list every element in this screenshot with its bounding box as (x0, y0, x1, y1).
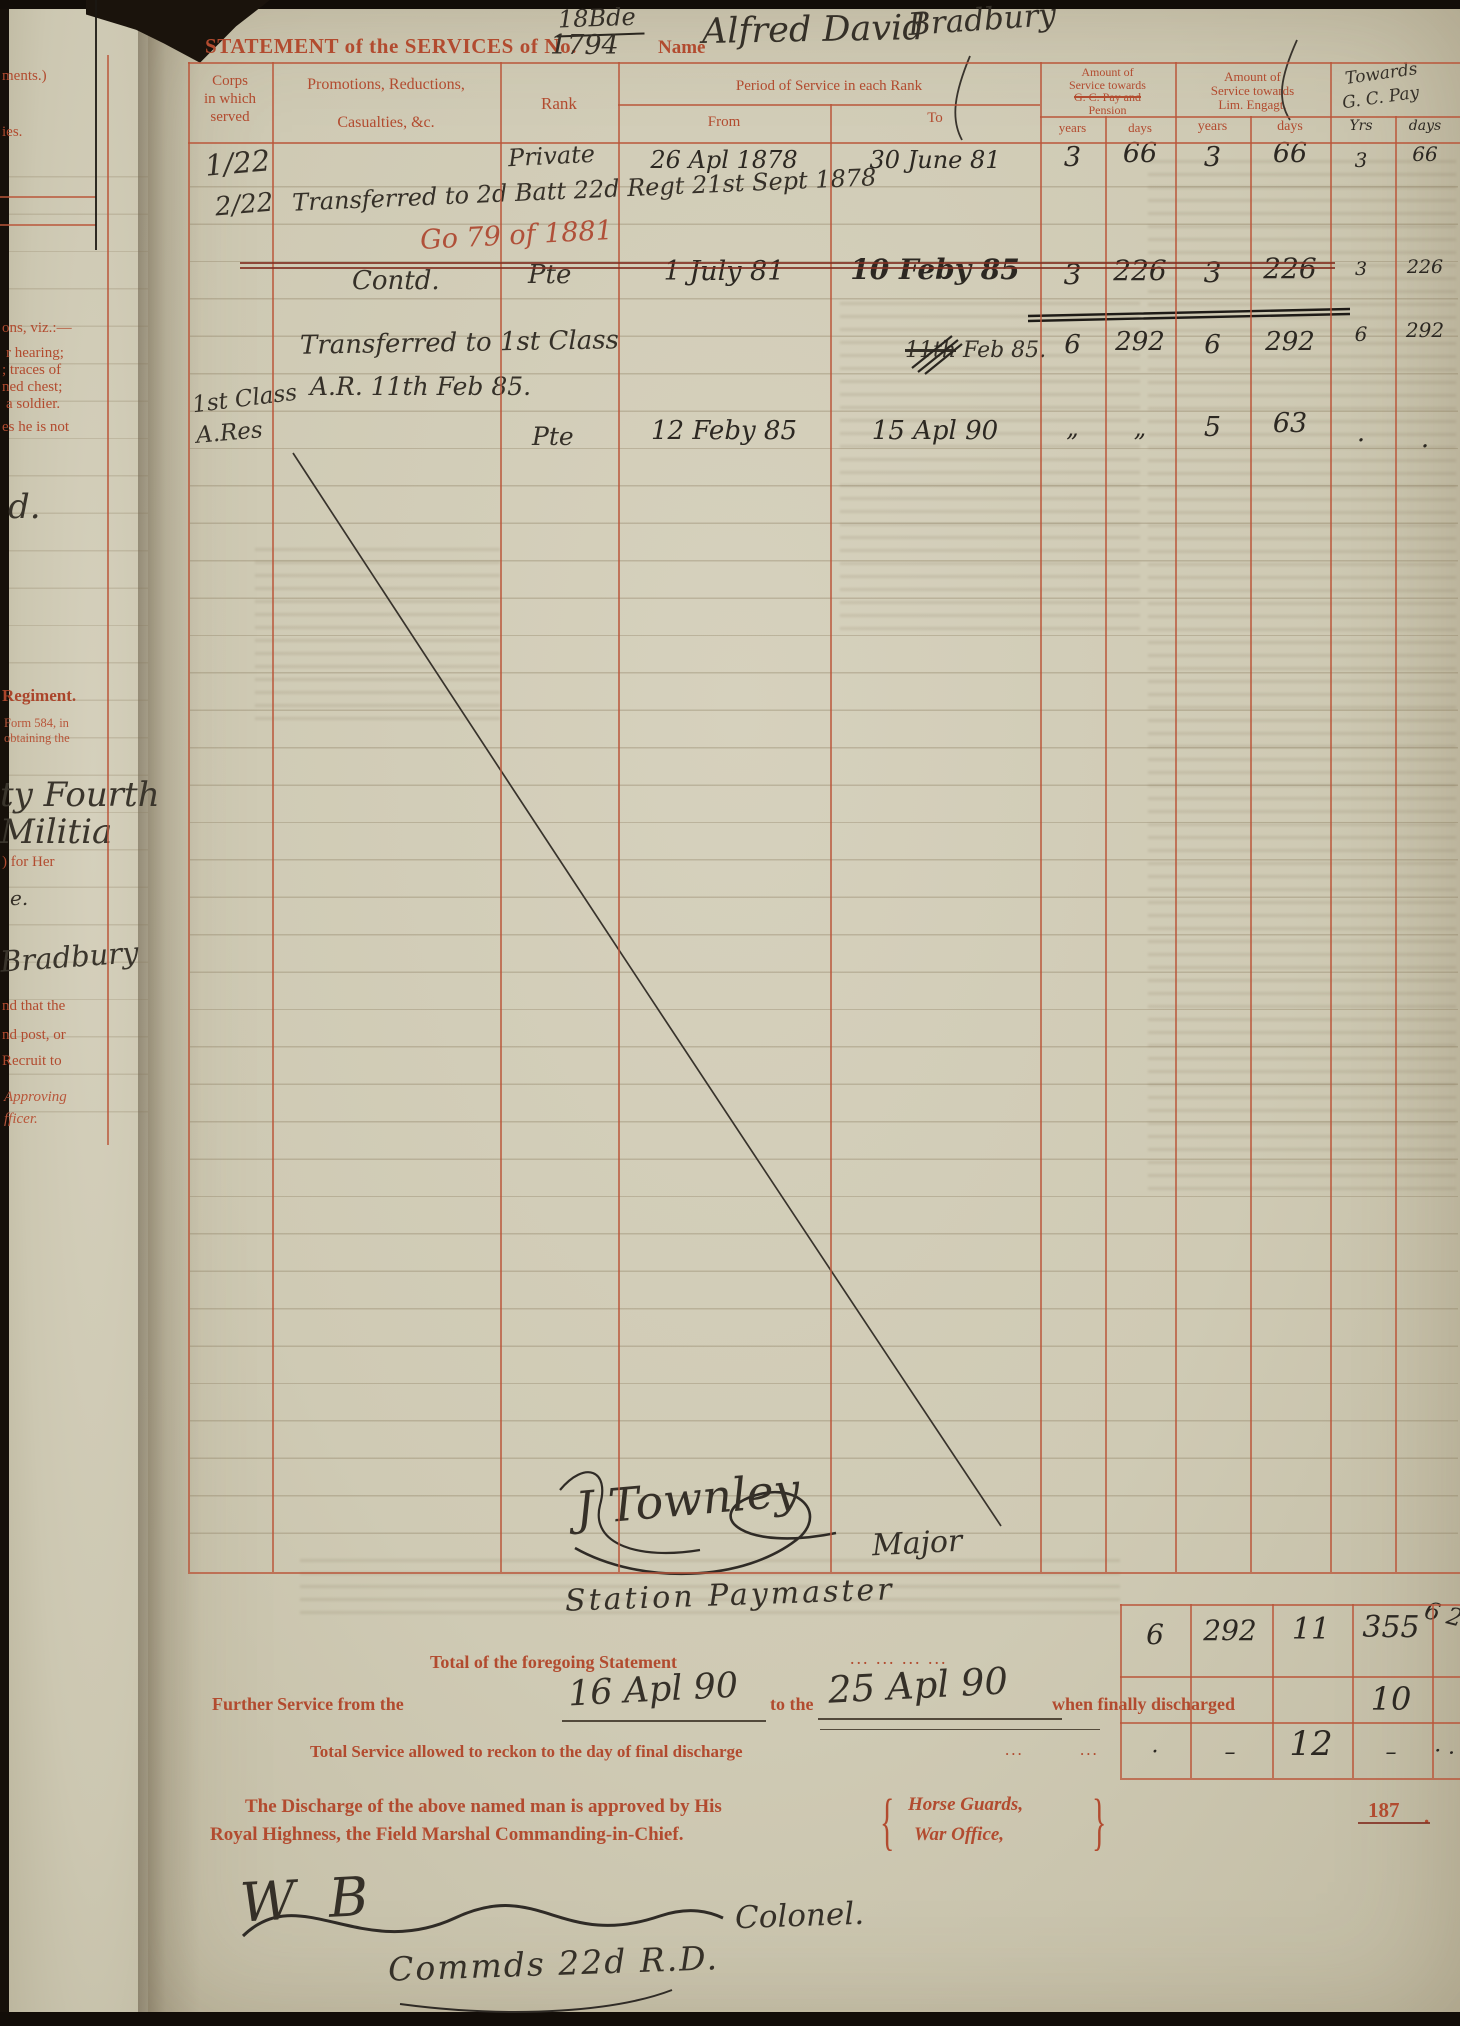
to-row3-struck: 11th (905, 338, 956, 363)
name-label: Name (658, 37, 705, 59)
col-pension-l3: Pension (1040, 104, 1175, 117)
pension-days-row4: „ (1105, 414, 1175, 442)
summary-box-column-line (1120, 1604, 1122, 1778)
col-pension-struck: G. C. Pay and (1040, 91, 1175, 104)
date-underline (562, 1720, 766, 1722)
left-strip-fragment: ; traces of (2, 362, 61, 379)
col-corps-l2: in which (188, 90, 272, 108)
discharge-year-dot: . (1424, 1804, 1429, 1829)
office-war-office: War Office, (914, 1824, 1004, 1846)
colonel-title: Colonel. (734, 1896, 864, 1936)
pension-years-row1: 3 (1040, 142, 1105, 173)
summary-box-rule (1120, 1604, 1460, 1606)
double-red-rule (240, 267, 1335, 269)
soldier-number: 1794 (550, 30, 619, 61)
left-strip-fragment: obtaining the (4, 731, 70, 746)
col-from: From (618, 114, 830, 131)
left-strip-fragment: Recruit to (2, 1053, 62, 1070)
lim-days-row3: 292 (1250, 327, 1330, 357)
gc-years-row4: . (1330, 418, 1392, 448)
summary-box-column-line (1272, 1604, 1274, 1778)
col-corps: Corps in which served (188, 72, 272, 126)
left-strip-fragment: es he is not (2, 419, 69, 436)
table-column-line (188, 62, 190, 1572)
total-pension-years: 6 (1122, 1618, 1188, 1651)
total-lim-days: 355 (1352, 1610, 1430, 1645)
rank-row2: Pte (528, 260, 571, 290)
gc-days-row1: 66 (1394, 142, 1456, 166)
reckon-lim-years: 12 (1272, 1724, 1350, 1764)
army-reserve-note: A.R. 11th Feb 85. (310, 372, 531, 401)
summary-box-rule (1120, 1778, 1460, 1780)
summary-box-column-line (1352, 1604, 1354, 1778)
col-lim-years: years (1175, 119, 1250, 135)
scan-edge (0, 2012, 1460, 2026)
further-service-days: 10 (1352, 1680, 1430, 1718)
table-column-line (500, 62, 502, 1572)
lim-days-row2: 226 (1250, 252, 1330, 285)
left-strip-fragment: ty Fourth (0, 775, 160, 815)
reckon-label: Total Service allowed to reckon to the d… (310, 1742, 743, 1762)
left-strip-fragment: e. (10, 886, 28, 910)
corps-entry-2: 2/22 (214, 188, 275, 223)
further-service-label-3: when finally discharged (1052, 1694, 1235, 1715)
left-strip-fragment: ments.) (2, 68, 47, 85)
reckon-gc-pay: · · (1432, 1738, 1457, 1766)
left-strip-fragment: Militia (0, 812, 112, 852)
table-rule-line (188, 62, 1460, 64)
col-lim-days: days (1250, 119, 1330, 135)
reckon-lim-days: – (1352, 1740, 1430, 1765)
summary-box-rule (1120, 1676, 1460, 1678)
office-horse-guards: Horse Guards, (908, 1794, 1023, 1816)
col-pension-days: days (1105, 120, 1175, 136)
left-page-table-line (107, 55, 109, 1145)
discharge-line-1: The Discharge of the above named man is … (245, 1796, 722, 1818)
table-rule-line (188, 1572, 1460, 1574)
col-lim-l3: Lim. Engagt. (1175, 98, 1330, 112)
col-rank: Rank (500, 94, 618, 114)
col-lim-engagt: Amount of Service towards Lim. Engagt. (1175, 70, 1330, 112)
col-to: To (830, 110, 1040, 127)
summary-box-rule (1120, 1722, 1460, 1724)
right-brace: } (1092, 1788, 1106, 1859)
soldier-name-first: Alfred David (702, 8, 925, 52)
table-column-line (1040, 62, 1042, 1572)
date-underline (820, 1729, 1100, 1730)
table-column-line (830, 104, 832, 1572)
left-strip-fragment: Regiment. (2, 686, 76, 706)
left-strip-fragment: Form 584, in (4, 716, 69, 731)
col-pension: Amount of Service towards G. C. Pay and … (1040, 66, 1175, 116)
to-row3: 11th Feb 85. (905, 338, 1046, 363)
page-title: STATEMENT of the SERVICES of No. (205, 34, 577, 59)
table-rule-line (618, 104, 1040, 106)
paymaster-rank: Major (871, 1524, 963, 1564)
lim-years-row2: 3 (1175, 256, 1250, 289)
pension-days-row3: 292 (1105, 327, 1175, 357)
left-strip-fragment: ies. (2, 124, 22, 141)
to-row2: 10 Feby 85 (830, 253, 1040, 286)
from-row4: 12 Feby 85 (618, 416, 830, 446)
col-lim-l2: Service towards (1175, 84, 1330, 98)
left-strip-fragment: a soldier. (6, 396, 60, 413)
total-lim-years: 11 (1272, 1612, 1350, 1647)
table-column-line (618, 62, 620, 1572)
left-strip-fragment: ned chest; (2, 379, 62, 396)
left-strip-fragment: ons, viz.:— (2, 320, 72, 337)
gc-days-row3: 292 (1394, 318, 1456, 342)
lim-years-row1: 3 (1175, 142, 1250, 173)
ink-bleedthrough (255, 545, 500, 720)
ruled-lines-left (8, 140, 148, 1140)
further-service-label-2: to the (770, 1694, 814, 1715)
total-pension-days: 292 (1190, 1614, 1270, 1647)
summary-box-column-line (1432, 1604, 1434, 1778)
rank-row1: Private (507, 140, 595, 173)
lim-days-row4: 63 (1250, 408, 1330, 439)
date-underline (818, 1718, 1062, 1720)
to-row4: 15 Apl 90 (830, 416, 1040, 446)
promo-row2: Contd. (352, 266, 440, 296)
discharge-year: 187 (1368, 1798, 1400, 1823)
gc-days-row2: 226 (1394, 256, 1456, 278)
col-gc-years: Yrs (1330, 118, 1392, 134)
table-column-line (272, 62, 274, 1572)
table-column-line (1105, 116, 1107, 1572)
lim-years-row3: 6 (1175, 330, 1250, 360)
pension-days-row2: 226 (1105, 254, 1175, 287)
left-strip-fragment: d. (8, 487, 41, 527)
col-gc-days: days (1394, 118, 1456, 134)
reckon-dots-2: ... (1080, 1740, 1099, 1760)
reckon-dots-1: ... (1005, 1740, 1024, 1760)
reckon-pension-years: · (1122, 1740, 1188, 1765)
col-promotions-1: Promotions, Reductions, (272, 76, 500, 94)
table-rule-line (1040, 116, 1460, 118)
table-column-line (1330, 62, 1332, 1572)
colonel-signature: W B (238, 1864, 377, 1934)
table-column-line (1250, 116, 1252, 1572)
table-column-line (1395, 116, 1397, 1572)
year-underline (1358, 1822, 1430, 1824)
left-page-rule (0, 224, 96, 226)
summary-box-column-line (1190, 1604, 1192, 1778)
left-page-rule (0, 196, 96, 198)
double-red-rule (240, 262, 1335, 264)
left-page-torn-line (95, 0, 97, 250)
col-lim-l1: Amount of (1175, 70, 1330, 84)
col-pension-l1: Amount of (1040, 66, 1175, 79)
left-strip-fragment: r hearing; (6, 345, 64, 362)
discharge-line-2: Royal Highness, the Field Marshal Comman… (210, 1824, 683, 1846)
gc-years-row3: 6 (1330, 322, 1392, 346)
gc-years-row2: 3 (1330, 258, 1392, 280)
gc-days-row4: . (1394, 424, 1456, 454)
col-promotions-2: Casualties, &c. (272, 114, 500, 132)
reckon-pension-days: – (1190, 1740, 1270, 1765)
rank-row4: Pte (532, 422, 574, 451)
table-rule-line (188, 142, 1460, 144)
to-row3-date: Feb 85. (963, 338, 1046, 363)
ink-bleedthrough (1148, 160, 1456, 1190)
corps-entry-1: 1/22 (204, 143, 272, 183)
left-strip-fragment: Approving (4, 1089, 67, 1106)
gc-years-row1: 3 (1330, 148, 1392, 172)
col-pension-years: years (1040, 120, 1105, 136)
col-corps-l1: Corps (188, 72, 272, 90)
col-corps-l3: served (188, 108, 272, 126)
promo-row3: Transferred to 1st Class (300, 325, 619, 361)
from-row2: 1 July 81 (618, 256, 830, 287)
scanned-service-document: ments.)ies.ons, viz.:—r hearing;; traces… (0, 0, 1460, 2026)
col-period: Period of Service in each Rank (618, 78, 1040, 95)
left-strip-fragment: fficer. (4, 1111, 38, 1128)
table-column-line (1175, 62, 1177, 1572)
left-strip-fragment: ) for Her (2, 854, 54, 871)
further-service-label-1: Further Service from the (212, 1694, 404, 1715)
lim-years-row4: 5 (1175, 412, 1250, 443)
left-strip-fragment: nd post, or (2, 1027, 66, 1044)
pension-years-row4: „ (1040, 414, 1105, 442)
left-brace: { (880, 1788, 894, 1859)
left-strip-fragment: nd that the (2, 998, 65, 1015)
pension-years-row3: 6 (1040, 330, 1105, 360)
